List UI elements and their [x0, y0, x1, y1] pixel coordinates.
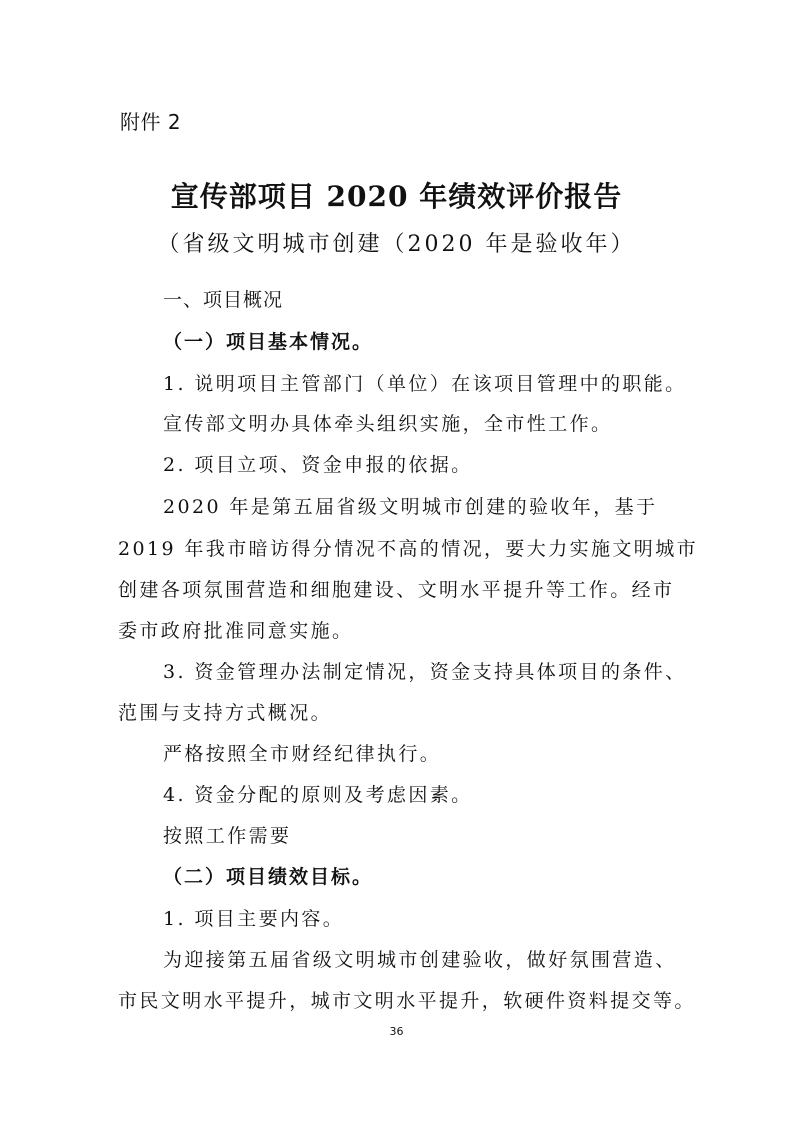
- section-heading-overview: 一、项目概况: [163, 288, 283, 312]
- subsection-heading-performance-goals: （二）项目绩效目标。: [163, 865, 373, 889]
- paragraph: 1. 项目主要内容。: [163, 907, 344, 931]
- paragraph: 范围与支持方式概况。: [118, 701, 332, 725]
- paragraph: 2. 项目立项、资金申报的依据。: [163, 453, 473, 477]
- paragraph: 2020 年是第五届省级文明城市创建的验收年，基于: [163, 495, 657, 519]
- document-title: 宣传部项目 2020 年绩效评价报告: [0, 180, 793, 214]
- paragraph: 3. 资金管理办法制定情况，资金支持具体项目的条件、: [163, 660, 687, 684]
- document-page: 附件 2 宣传部项目 2020 年绩效评价报告 （省级文明城市创建（2020 年…: [0, 0, 793, 1122]
- paragraph: 1. 说明项目主管部门（单位）在该项目管理中的职能。: [163, 372, 687, 396]
- paragraph: 为迎接第五届省级文明城市创建验收，做好氛围营造、: [163, 948, 677, 972]
- paragraph: 委市政府批准同意实施。: [118, 619, 353, 643]
- attachment-label: 附件 2: [120, 110, 181, 134]
- paragraph: 严格按照全市财经纪律执行。: [163, 742, 441, 766]
- paragraph: 市民文明水平提升，城市文明水平提升，软硬件资料提交等。: [118, 989, 696, 1013]
- paragraph: 4. 资金分配的原则及考虑因素。: [163, 783, 473, 807]
- paragraph: 创建各项氛围营造和细胞建设、文明水平提升等工作。经市: [118, 578, 674, 602]
- subsection-heading-basic-info: （一）项目基本情况。: [163, 330, 373, 354]
- page-number: 36: [0, 1025, 793, 1038]
- paragraph: 按照工作需要: [163, 824, 291, 848]
- paragraph: 宣传部文明办具体牵头组织实施，全市性工作。: [163, 412, 612, 436]
- document-subtitle: （省级文明城市创建（2020 年是验收年）: [0, 230, 793, 260]
- paragraph: 2019 年我市暗访得分情况不高的情况，要大力实施文明城市: [118, 537, 698, 561]
